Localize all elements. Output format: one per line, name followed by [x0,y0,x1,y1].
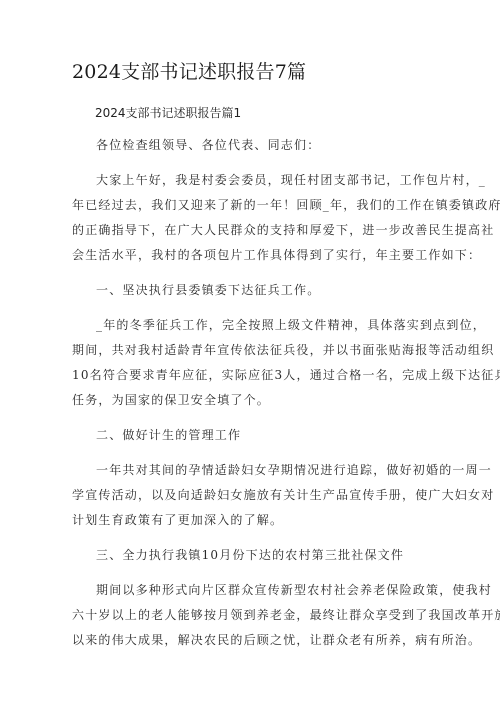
section-heading: 2024支部书记述职报告篇1 [95,104,241,121]
section-heading: 二、做好计生的管理工作 [96,426,241,443]
document-title: 2024支部书记述职报告7篇 [72,57,306,84]
text-line: 一年共对其间的孕情适龄妇女孕期情况进行追踪，做好初婚的一周一 [96,461,492,478]
text-line: 六十岁以上的老人能够按月领到养老金，最终让群众享受到了我国改革开放 [72,606,500,623]
document-page: 2024支部书记述职报告7篇 2024支部书记述职报告篇1 各位检查组领导、各位… [0,0,500,707]
text-line: 期间，共对我村适龄青年宣传依法征兵役，并以书面张贴海报等活动组织 [72,341,494,358]
text-line: 年已经过去，我们又迎来了新的一年！回顾_年，我们的工作在镇委镇政府 [72,196,500,213]
section-heading: 三、全力执行我镇10月份下达的农村第三批社保文件 [96,546,404,563]
text-line: 学宣传活动，以及向适龄妇女施放有关计生产品宣传手册，使广大妇女对 [72,486,494,503]
text-line: 以来的伟大成果，解决农民的后顾之忧，让群众老有所养，病有所治。 [72,631,481,648]
text-line: 任务，为国家的保卫安全填了个。 [72,391,270,408]
text-line: 计划生育政策有了更加深入的了解。 [72,511,283,528]
text-line: _年的冬季征兵工作，完全按照上级文件精神，具体落实到点到位， [96,316,486,333]
section-heading: 一、坚决执行县委镇委下达征兵工作。 [96,281,320,298]
text-line: 期间以多种形式向片区群众宣传新型农村社会养老保险政策，使我村 [96,581,492,598]
text-line: 大家上午好，我是村委会委员，现任村团支部书记，工作包片村，_ [96,171,486,188]
text-line: 10名符合要求青年应征，实际应征3人，通过合格一名，完成上级下达征兵 [72,366,500,383]
text-line: 会生活水平，我村的各项包片工作具体得到了实行，年主要工作如下： [72,246,481,263]
text-line: 各位检查组领导、各位代表、同志们： [96,136,320,153]
text-line: 的正确指导下，在广大人民群众的支持和厚爱下，进一步改善民生提高社 [72,221,494,238]
